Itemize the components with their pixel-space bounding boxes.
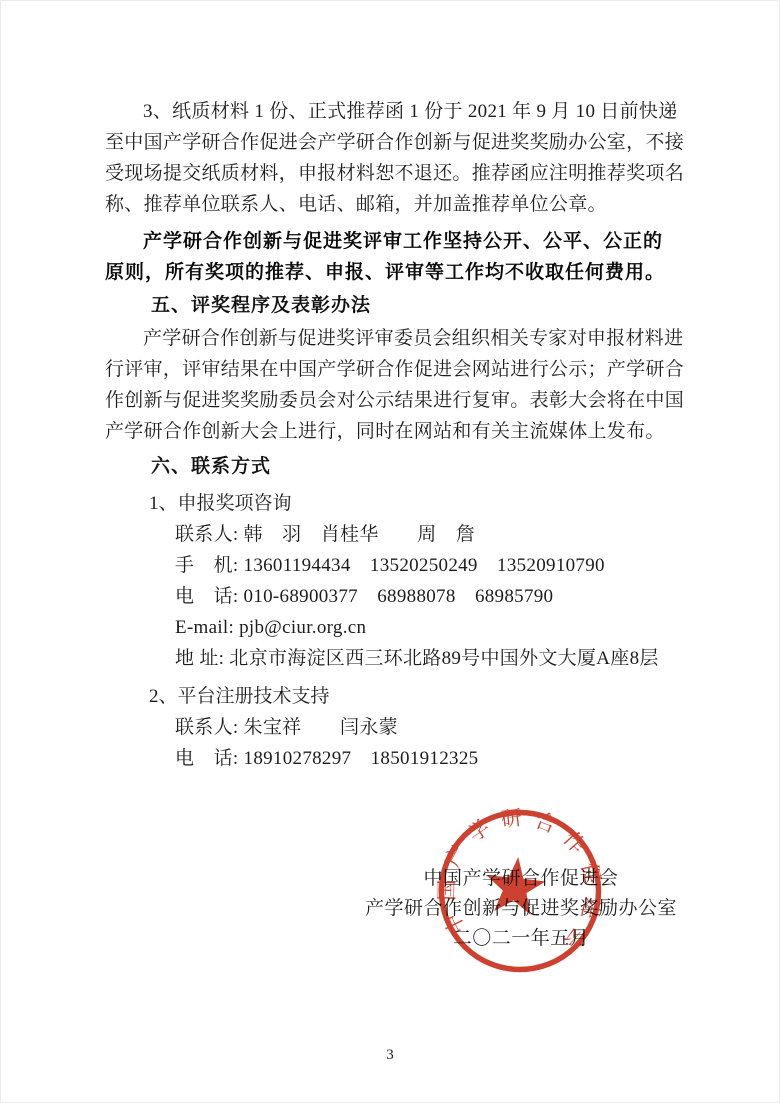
text-line: E-mail: pjb@ciur.org.cn [105,612,677,643]
document-body: 3、纸质材料 1 份、正式推荐函 1 份于 2021 年 9 月 10 日前快递… [105,96,677,774]
text-line: 产学研合作创新大会上进行，同时在网站和有关主流媒体上发布。 [105,416,677,447]
contact-award-inquiry-details: 联系人: 韩 羽 肖桂华 周 詹手 机: 13601194434 1352025… [105,519,677,674]
heading-section-6-contact: 六、联系方式 [105,451,677,482]
text-line: 行评审，评审结果在中国产学研合作促进会网站进行公示；产学研合 [105,354,677,385]
text-line: 原则，所有奖项的推荐、申报、评审等工作均不收取任何费用。 [105,257,677,288]
text-line: 地 址: 北京市海淀区西三环北路89号中国外文大厦A座8层 [105,643,677,674]
text-line: 作创新与促进奖奖励委员会对公示结果进行复审。表彰大会将在中国 [105,385,677,416]
seal-star-icon [483,854,548,916]
page-number: 3 [1,1045,779,1065]
document-page: 3、纸质材料 1 份、正式推荐函 1 份于 2021 年 9 月 10 日前快递… [0,0,780,1103]
text-line: 联系人: 朱宝祥 闫永蒙 [105,712,677,743]
text-line: 电 话: 18910278297 18501912325 [105,743,677,774]
text-line: 称、推荐单位联系人、电话、邮箱，并加盖推荐单位公章。 [105,189,677,220]
text-line: 受现场提交纸质材料，申报材料恕不退还。推荐函应注明推荐奖项名 [105,158,677,189]
contact-tech-support-title: 2、平台注册技术支持 [105,681,677,712]
contact-tech-support-details: 联系人: 朱宝祥 闫永蒙电 话: 18910278297 18501912325 [105,712,677,774]
paragraph-review-process: 产学研合作创新与促进奖评审委员会组织相关专家对申报材料进行评审，评审结果在中国产… [105,323,677,447]
text-line: 手 机: 13601194434 13520250249 13520910790 [105,550,677,581]
contact-award-inquiry-title: 1、申报奖项咨询 [105,488,677,519]
text-line: 产学研合作创新与促进奖评审委员会组织相关专家对申报材料进 [105,323,677,354]
official-seal: 中国产学研合作促进会 [430,801,610,981]
paragraph-fairness-statement: 产学研合作创新与促进奖评审工作坚持公开、公平、公正的原则，所有奖项的推荐、申报、… [105,226,677,288]
heading-section-5-review-procedure: 五、评奖程序及表彰办法 [105,290,677,321]
text-line: 电 话: 010-68900377 68988078 68985790 [105,581,677,612]
text-line: 联系人: 韩 羽 肖桂华 周 詹 [105,519,677,550]
text-line: 产学研合作创新与促进奖评审工作坚持公开、公平、公正的 [105,226,677,257]
text-line: 至中国产学研合作促进会产学研合作创新与促进奖奖励办公室，不接 [105,127,677,158]
text-line: 3、纸质材料 1 份、正式推荐函 1 份于 2021 年 9 月 10 日前快递 [105,96,677,127]
paragraph-mailing-requirements: 3、纸质材料 1 份、正式推荐函 1 份于 2021 年 9 月 10 日前快递… [105,96,677,220]
